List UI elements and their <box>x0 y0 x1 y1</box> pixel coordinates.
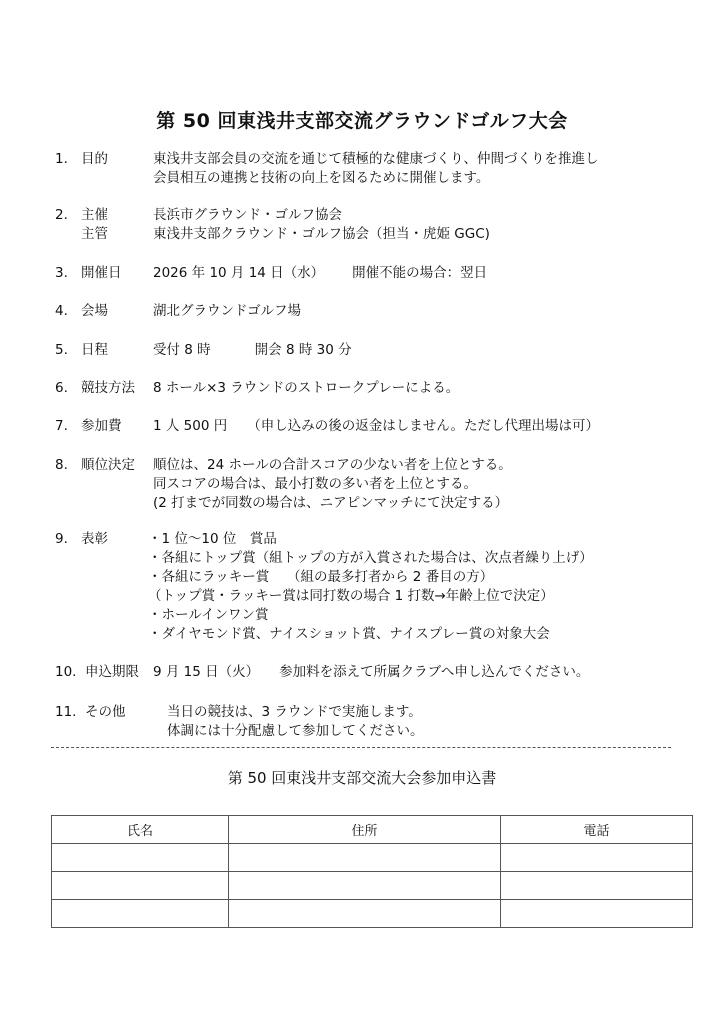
section-value: 順位は、24 ホールの合計スコアの少ない者を上位とする。 同スコアの場合は、最小… <box>153 456 512 513</box>
phone-cell[interactable] <box>501 872 693 900</box>
fee-amount: 1 人 500 円 <box>153 418 227 434</box>
section-number: 3. <box>55 264 68 283</box>
section-line: (2 打までが同数の場合は、ニアピンマッチにて決定する） <box>153 494 512 513</box>
column-header-phone: 電話 <box>501 816 693 844</box>
section-line: 東浅井支部クラウンド・ゴルフ協会（担当・虎姫 GGC) <box>153 225 490 244</box>
section-label: 日程 <box>81 341 108 360</box>
column-header-name: 氏名 <box>52 816 229 844</box>
section-value: 8 ホール×3 ラウンドのストロークプレーによる。 <box>153 379 459 398</box>
name-cell[interactable] <box>52 900 229 928</box>
award-line: ・1 位～10 位 賞品 <box>148 530 593 549</box>
cut-line-divider <box>51 747 671 748</box>
opening-time: 開会 8 時 30 分 <box>255 342 352 358</box>
section-label: 表彰 <box>81 530 108 549</box>
section-value: 2026 年 10 月 14 日（水）開催不能の場合：翌日 <box>153 264 487 283</box>
phone-cell[interactable] <box>501 900 693 928</box>
section-line: 東浅井支部会員の交流を通じて積極的な健康づくり、仲間づくりを推進し <box>153 150 599 169</box>
section-line: 湖北グラウンドゴルフ場 <box>153 302 301 321</box>
section-value: 1 人 500 円（申し込みの後の返金はしません。ただし代理出場は可） <box>153 417 599 436</box>
section-number: 9. <box>55 530 68 549</box>
section-number: 4. <box>55 302 68 321</box>
reception-time: 受付 8 時 <box>153 342 211 358</box>
section-line: 当日の競技は、3 ラウンドで実施します。 <box>167 703 424 722</box>
deadline-note: 参加料を添えて所属クラブへ申し込んでください。 <box>279 664 589 680</box>
address-cell[interactable] <box>229 900 501 928</box>
award-line: ・各組にトップ賞（組トップの方が入賞された場合は、次点者繰り上げ） <box>148 549 593 568</box>
name-cell[interactable] <box>52 872 229 900</box>
table-header-row: 氏名 住所 電話 <box>52 816 693 844</box>
section-line: 体調には十分配慮して参加してください。 <box>167 722 424 741</box>
section-number: 6. <box>55 379 68 398</box>
section-number: 2. <box>55 206 68 225</box>
name-cell[interactable] <box>52 844 229 872</box>
section-value: 受付 8 時開会 8 時 30 分 <box>153 341 352 360</box>
section-label: 主催 主管 <box>81 206 108 244</box>
label-host: 主催 <box>81 206 108 225</box>
section-line: 順位は、24 ホールの合計スコアの少ない者を上位とする。 <box>153 456 512 475</box>
application-table: 氏名 住所 電話 <box>51 815 693 928</box>
award-line: ・ホールインワン賞 <box>148 606 593 625</box>
award-line: ・各組にラッキー賞 （組の最多打者から 2 番目の方） <box>148 568 593 587</box>
section-label: 順位決定 <box>81 456 135 475</box>
section-value: 東浅井支部会員の交流を通じて積極的な健康づくり、仲間づくりを推進し 会員相互の連… <box>153 150 599 188</box>
table-row <box>52 844 693 872</box>
section-label: 目的 <box>81 150 108 169</box>
column-header-address: 住所 <box>229 816 501 844</box>
section-value: ・1 位～10 位 賞品 ・各組にトップ賞（組トップの方が入賞された場合は、次点… <box>148 530 593 644</box>
address-cell[interactable] <box>229 872 501 900</box>
label-manager: 主管 <box>81 225 108 244</box>
rain-date: 開催不能の場合：翌日 <box>352 265 487 281</box>
section-label: 開催日 <box>81 264 122 283</box>
application-form-title: 第 50 回東浅井支部交流大会参加申込書 <box>0 767 724 788</box>
section-value: 9 月 15 日（火）参加料を添えて所属クラブへ申し込んでください。 <box>153 663 589 682</box>
section-label: 参加費 <box>81 417 122 436</box>
award-line: （トップ賞・ラッキー賞は同打数の場合 1 打数→年齢上位で決定） <box>148 587 593 606</box>
section-line: 8 ホール×3 ラウンドのストロークプレーによる。 <box>153 379 459 398</box>
section-value: 長浜市グラウンド・ゴルフ協会 東浅井支部クラウンド・ゴルフ協会（担当・虎姫 GG… <box>153 206 490 244</box>
section-number: 7. <box>55 417 68 436</box>
event-date: 2026 年 10 月 14 日（水） <box>153 265 324 281</box>
section-label: 申込期限 <box>85 663 139 682</box>
address-cell[interactable] <box>229 844 501 872</box>
table-row <box>52 900 693 928</box>
section-line: 会員相互の連携と技術の向上を図るために開催します。 <box>153 169 599 188</box>
section-number: 8. <box>55 456 68 475</box>
fee-note: （申し込みの後の返金はしません。ただし代理出場は可） <box>247 418 599 434</box>
section-label: その他 <box>85 703 126 722</box>
section-label: 競技方法 <box>81 379 135 398</box>
phone-cell[interactable] <box>501 844 693 872</box>
table-row <box>52 872 693 900</box>
section-value: 湖北グラウンドゴルフ場 <box>153 302 301 321</box>
award-line: ・ダイヤモンド賞、ナイスショット賞、ナイスプレー賞の対象大会 <box>148 625 593 644</box>
section-line: 長浜市グラウンド・ゴルフ協会 <box>153 206 490 225</box>
section-number: 5. <box>55 341 68 360</box>
section-value: 当日の競技は、3 ラウンドで実施します。 体調には十分配慮して参加してください。 <box>167 703 424 741</box>
section-number: 1. <box>55 150 68 169</box>
section-label: 会場 <box>81 302 108 321</box>
section-number: 10. <box>55 663 76 682</box>
deadline-date: 9 月 15 日（火） <box>153 664 259 680</box>
section-line: 同スコアの場合は、最小打数の多い者を上位とする。 <box>153 475 512 494</box>
section-number: 11. <box>55 703 76 722</box>
document-title: 第 50 回東浅井支部交流グラウンドゴルフ大会 <box>0 106 724 133</box>
